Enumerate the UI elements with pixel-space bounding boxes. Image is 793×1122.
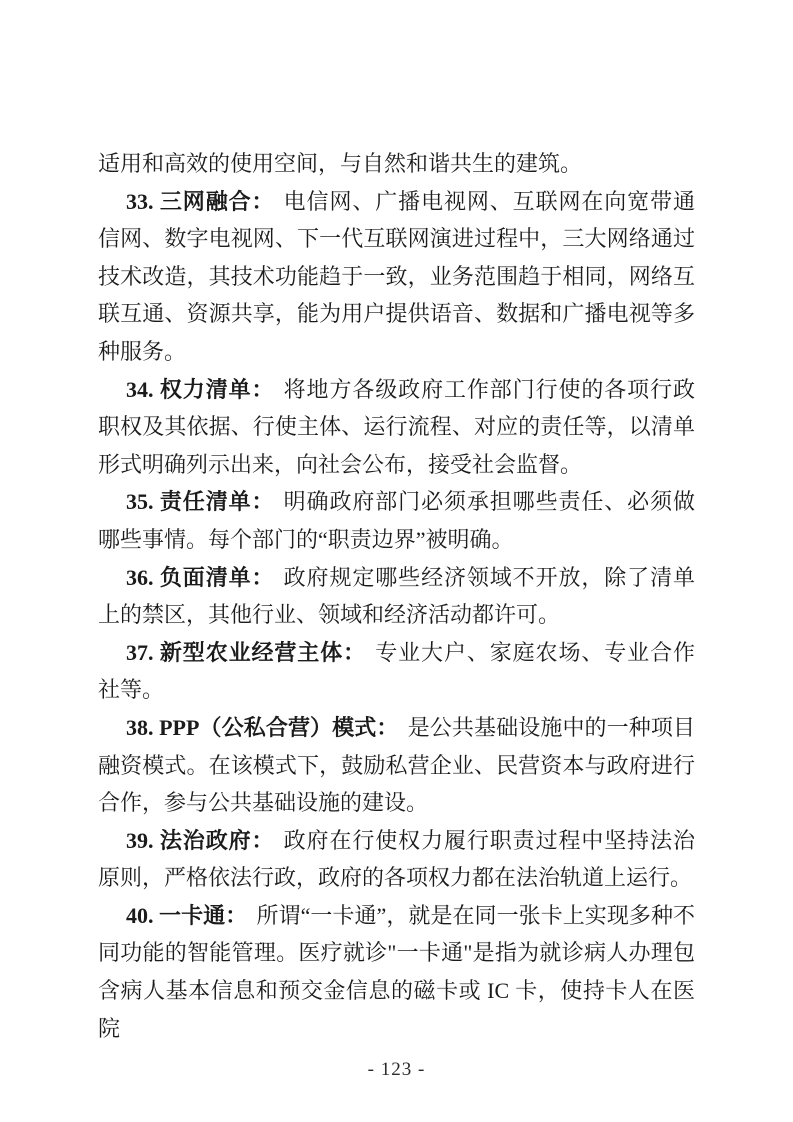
document-page: 适用和高效的使用空间，与自然和谐共生的建筑。 33. 三网融合：电信网、广播电视… [0,0,793,1122]
term-label: 39. 法治政府： [126,828,274,853]
term-label: 37. 新型农业经营主体： [126,640,366,665]
definition-text: 电信网、广播电视网、互联网在向宽带通信网、数字电视网、下一代互联网演进过程中，三… [98,189,695,364]
term-label: 34. 权力清单： [126,377,274,402]
paragraph-continuation: 适用和高效的使用空间，与自然和谐共生的建筑。 [98,145,695,183]
paragraph-term-38: 38. PPP（公私合营）模式：是公共基础设施中的一种项目融资模式。在该模式下，… [98,709,695,822]
paragraph-term-40: 40. 一卡通：所谓“一卡通”，就是在同一张卡上实现多种不同功能的智能管理。医疗… [98,897,695,1047]
paragraph-term-35: 35. 责任清单：明确政府部门必须承担哪些责任、必须做哪些事情。每个部门的“职责… [98,483,695,558]
page-number: - 123 - [98,1058,695,1082]
paragraph-term-33: 33. 三网融合：电信网、广播电视网、互联网在向宽带通信网、数字电视网、下一代互… [98,183,695,371]
term-label: 35. 责任清单： [126,489,274,514]
term-label: 36. 负面清单： [126,565,274,590]
paragraph-term-37: 37. 新型农业经营主体：专业大户、家庭农场、专业合作社等。 [98,634,695,709]
term-label: 33. 三网融合： [126,189,274,214]
definition-text: 适用和高效的使用空间，与自然和谐共生的建筑。 [98,151,582,176]
term-label: 40. 一卡通： [126,903,247,928]
paragraph-term-39: 39. 法治政府：政府在行使权力履行职责过程中坚持法治原则，严格依法行政，政府的… [98,822,695,897]
document-body: 适用和高效的使用空间，与自然和谐共生的建筑。 33. 三网融合：电信网、广播电视… [98,145,695,1047]
paragraph-term-34: 34. 权力清单：将地方各级政府工作部门行使的各项行政职权及其依据、行使主体、运… [98,371,695,484]
term-label: 38. PPP（公私合营）模式： [126,715,398,740]
paragraph-term-36: 36. 负面清单：政府规定哪些经济领域不开放，除了清单上的禁区，其他行业、领域和… [98,559,695,634]
